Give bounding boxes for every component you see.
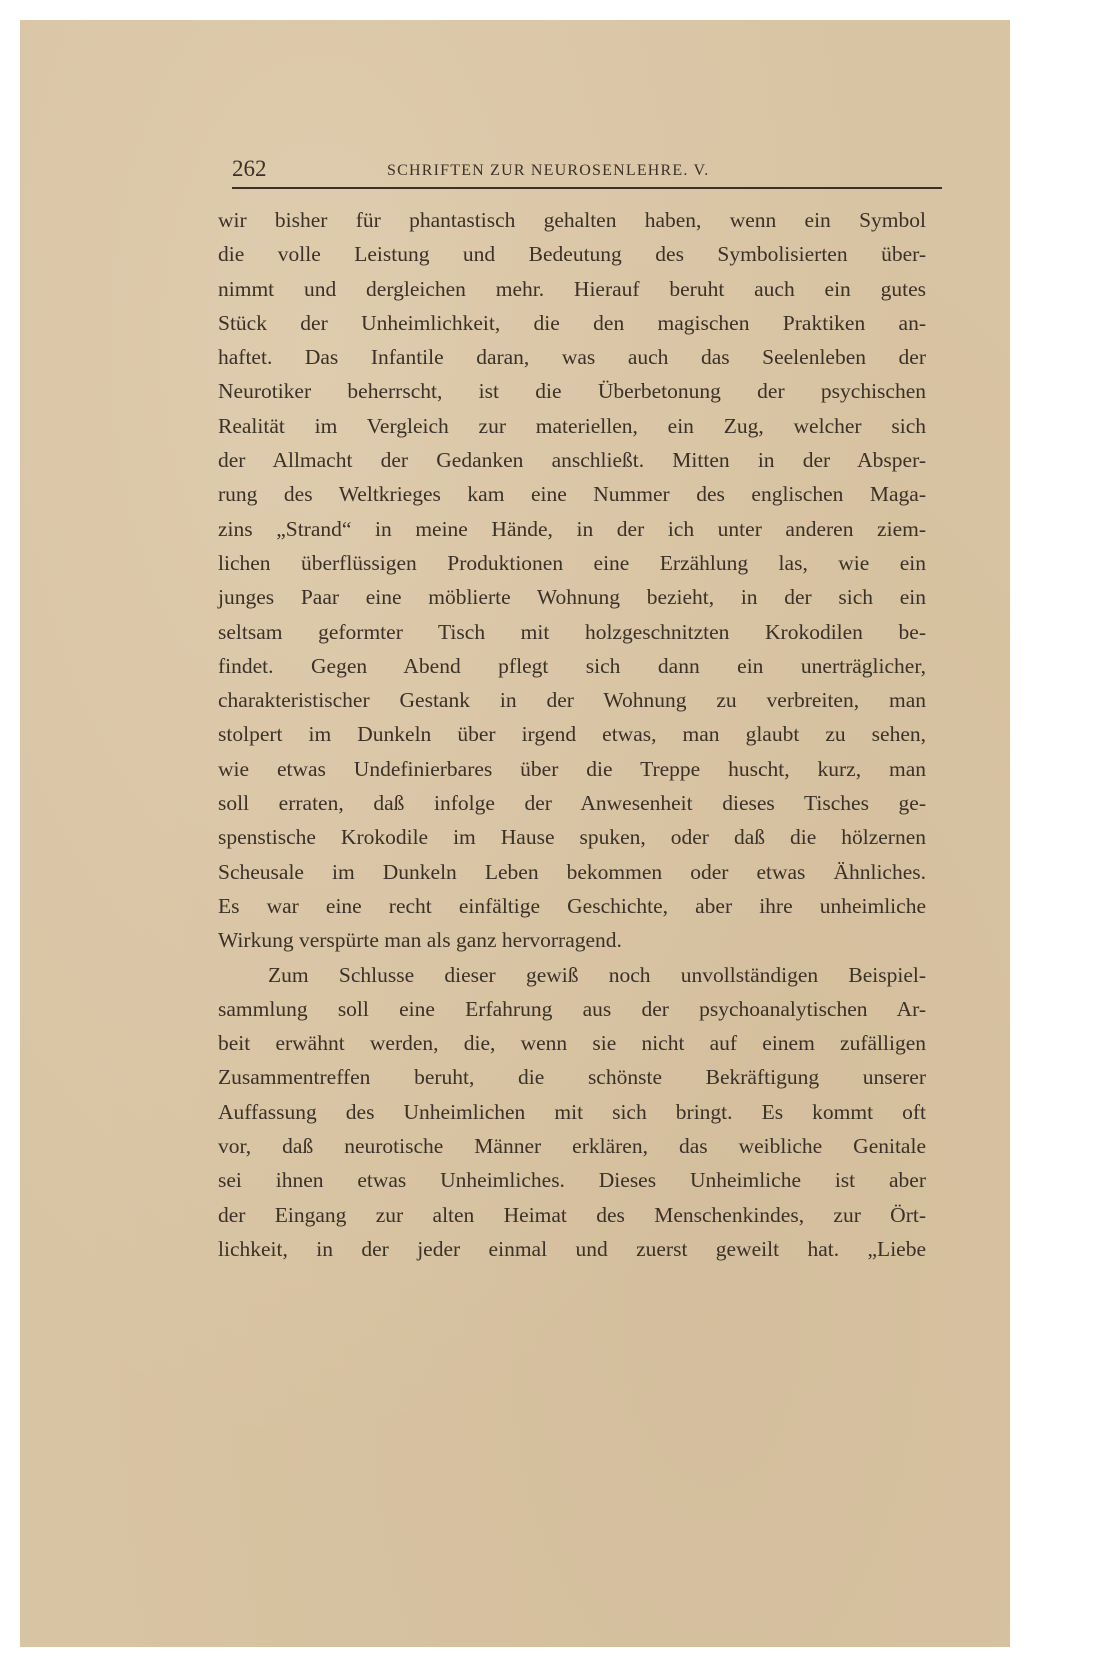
text-line: zins „Strand“ in meine Hände, in der ich… [218, 512, 926, 546]
body-text: wir bisher für phantastisch gehalten hab… [218, 203, 926, 1266]
text-line: stolpert im Dunkeln über irgend etwas, m… [218, 717, 926, 751]
page-number: 262 [232, 156, 267, 182]
text-line: spenstische Krokodile im Hause spuken, o… [218, 820, 926, 854]
text-line: sei ihnen etwas Unheimliches. Dieses Unh… [218, 1163, 926, 1197]
text-line: Neurotiker beherrscht, ist die Überbeton… [218, 374, 926, 408]
text-line: beit erwähnt werden, die, wenn sie nicht… [218, 1026, 926, 1060]
text-line: nimmt und dergleichen mehr. Hierauf beru… [218, 272, 926, 306]
text-line: seltsam geformter Tisch mit holzgeschnit… [218, 615, 926, 649]
text-line: rung des Weltkrieges kam eine Nummer des… [218, 477, 926, 511]
text-line: Wirkung verspürte man als ganz hervorrag… [218, 923, 926, 957]
text-line: Realität im Vergleich zur materiellen, e… [218, 409, 926, 443]
text-line: der Eingang zur alten Heimat des Mensche… [218, 1198, 926, 1232]
text-line: charakteristischer Gestank in der Wohnun… [218, 683, 926, 717]
text-line: Auffassung des Unheimlichen mit sich bri… [218, 1095, 926, 1129]
text-line: Zusammentreffen beruht, die schönste Bek… [218, 1060, 926, 1094]
text-line: der Allmacht der Gedanken anschließt. Mi… [218, 443, 926, 477]
text-line: findet. Gegen Abend pflegt sich dann ein… [218, 649, 926, 683]
running-title: SCHRIFTEN ZUR NEUROSENLEHRE. V. [387, 162, 709, 180]
text-line: Stück der Unheimlichkeit, die den magisc… [218, 306, 926, 340]
text-line: lichkeit, in der jeder einmal und zuerst… [218, 1232, 926, 1266]
text-line: soll erraten, daß infolge der Anwesenhei… [218, 786, 926, 820]
text-line: haftet. Das Infantile daran, was auch da… [218, 340, 926, 374]
text-line: vor, daß neurotische Männer erklären, da… [218, 1129, 926, 1163]
text-line: wie etwas Undefinierbares über die Trepp… [218, 752, 926, 786]
text-line: lichen überflüssigen Produktionen eine E… [218, 546, 926, 580]
header-rule [232, 187, 942, 189]
text-line: Zum Schlusse dieser gewiß noch unvollstä… [218, 958, 926, 992]
text-line: junges Paar eine möblierte Wohnung bezie… [218, 580, 926, 614]
text-line: wir bisher für phantastisch gehalten hab… [218, 203, 926, 237]
text-line: sammlung soll eine Erfahrung aus der psy… [218, 992, 926, 1026]
text-line: Es war eine recht einfältige Geschichte,… [218, 889, 926, 923]
text-line: Scheusale im Dunkeln Leben bekommen oder… [218, 855, 926, 889]
page-header: 262 SCHRIFTEN ZUR NEUROSENLEHRE. V. [232, 156, 942, 186]
text-line: die volle Leistung und Bedeutung des Sym… [218, 237, 926, 271]
